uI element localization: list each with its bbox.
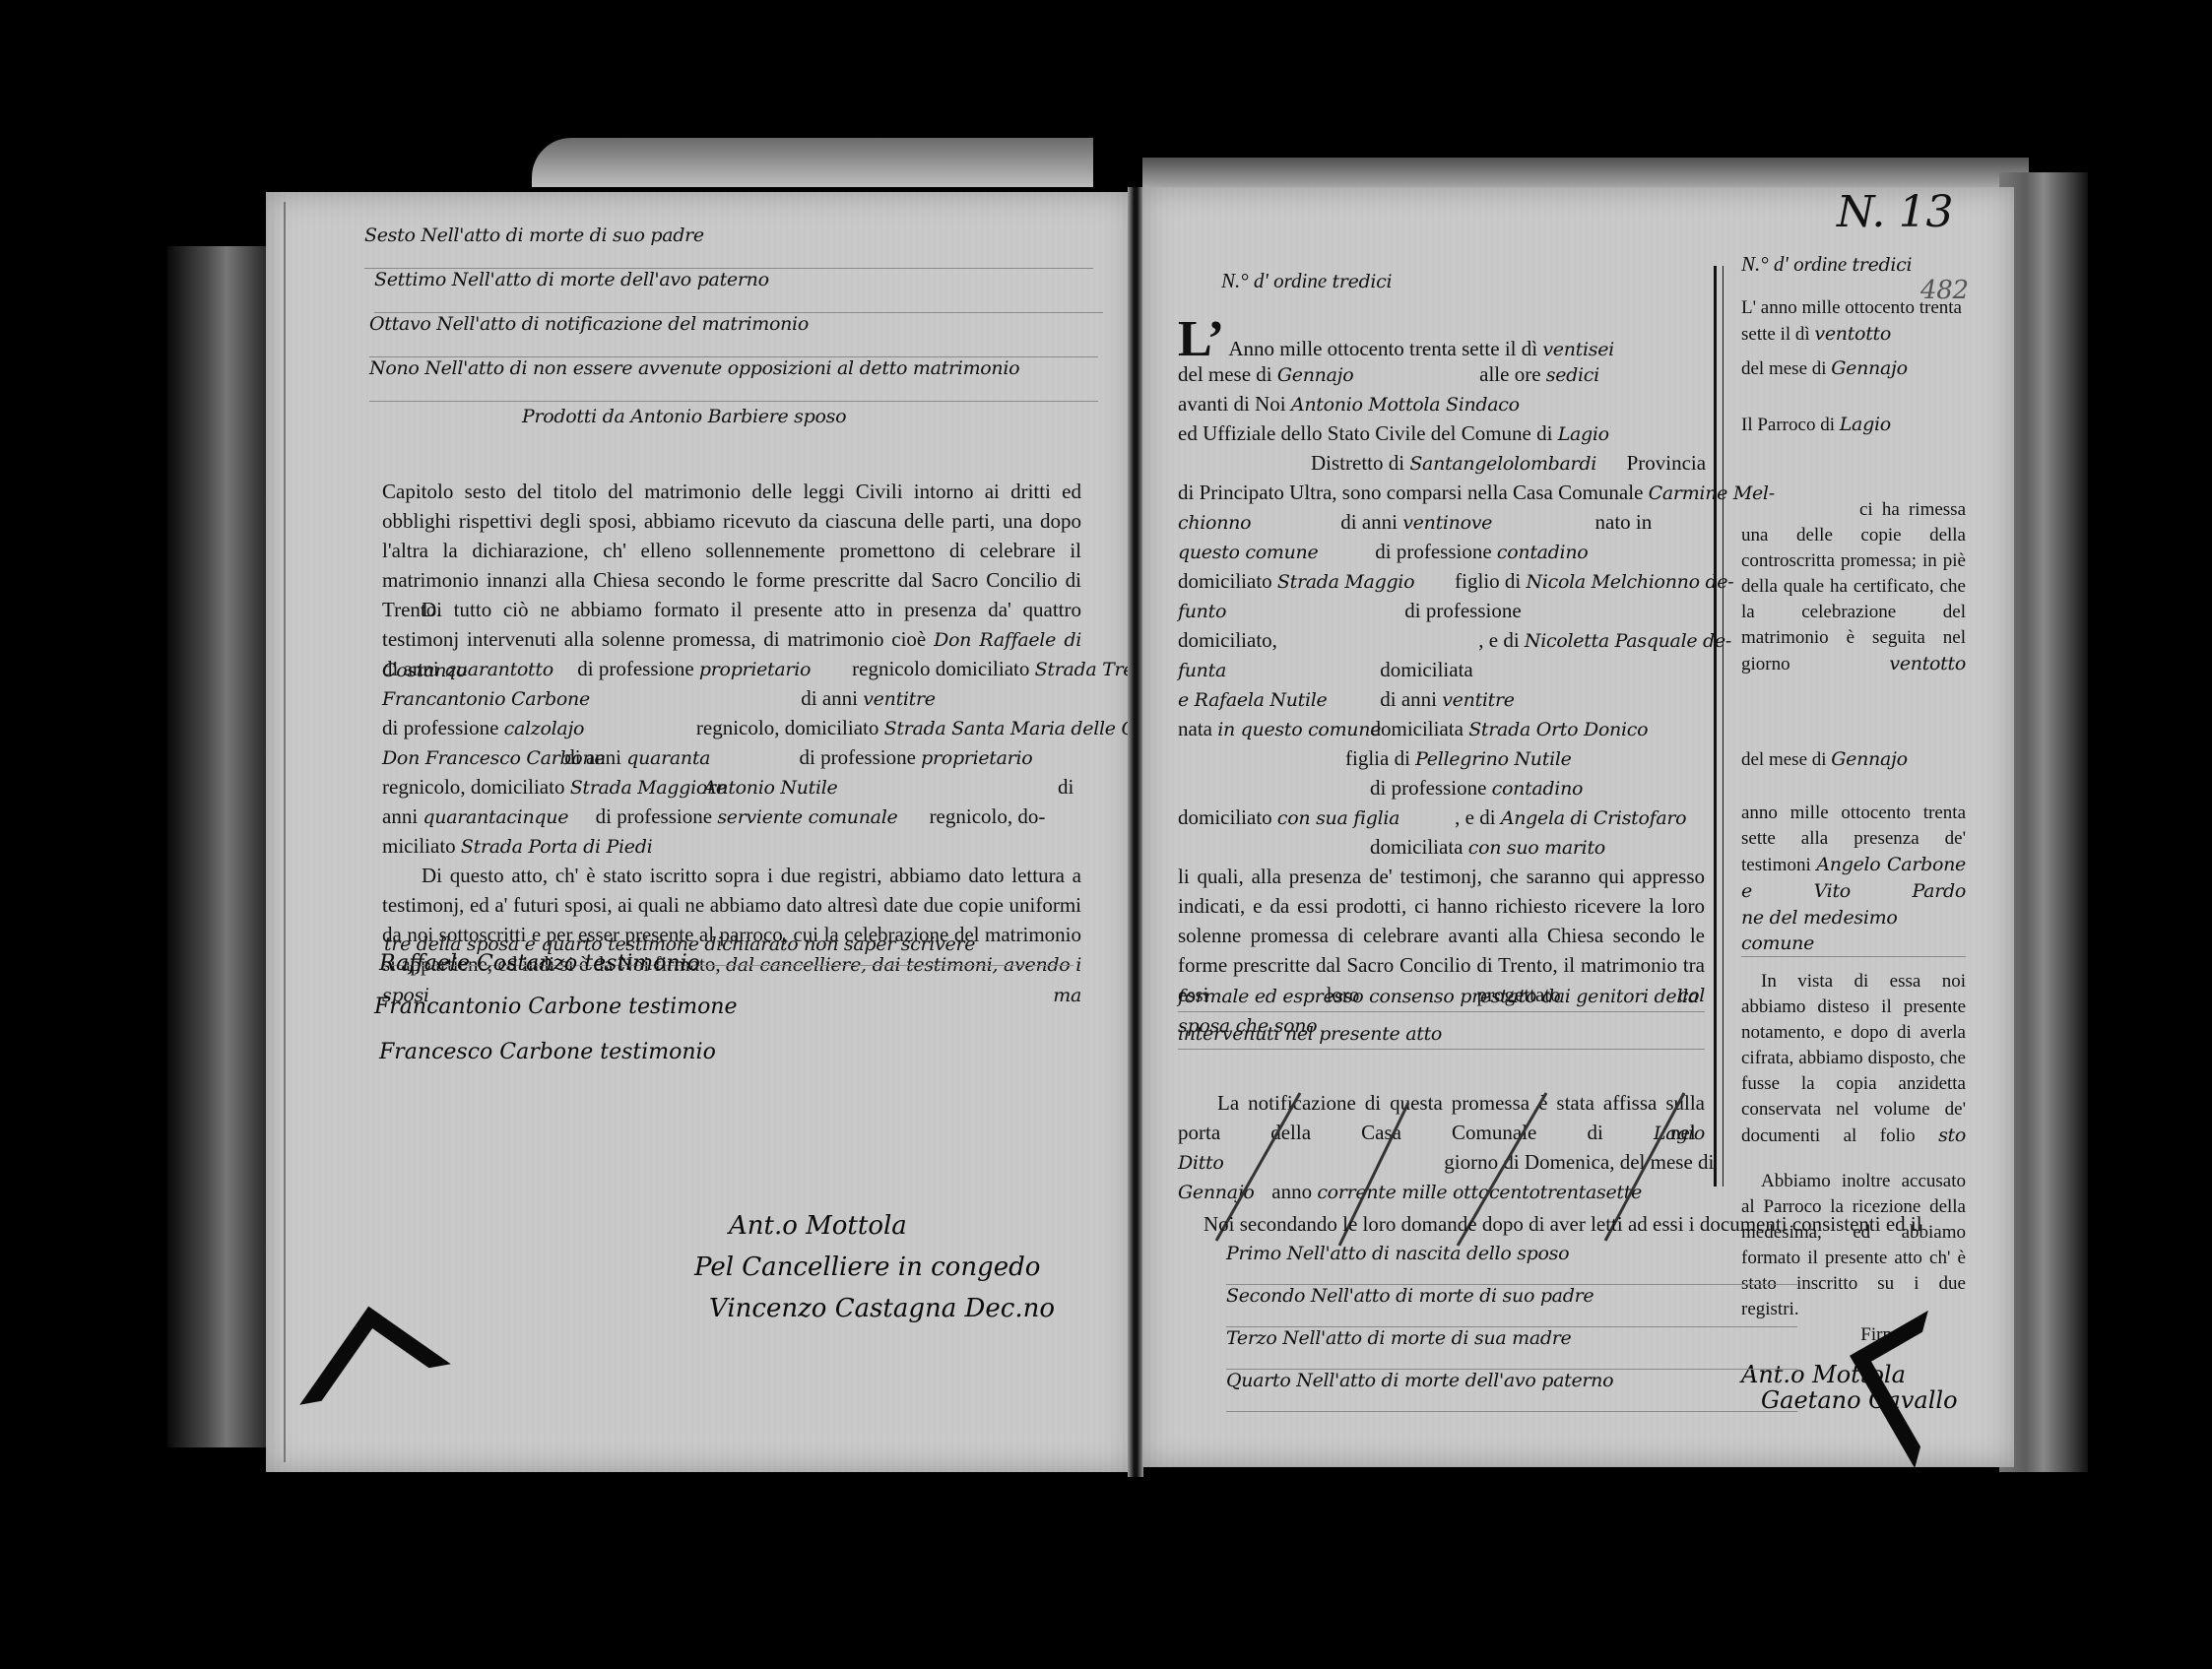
act-line-17: domiciliato con sua figlia , e di Angela… [1178,802,1686,833]
witness-1-profession: proprietario [699,655,847,684]
celebration-witnesses-cont: ne del medesimo comune [1741,905,1966,957]
act-line-10: funto di professione [1178,596,1522,626]
print-text: di Principato Ultra, sono comparsi nella… [1178,481,1643,504]
celebration-day: ventotto [1889,653,1966,674]
label: di anni [382,657,439,680]
label: di professione [596,804,712,828]
witness-signature: Francantonio Carbone testimone [374,995,738,1019]
print-text: domiciliata [1370,835,1463,859]
label: di professione [382,716,498,739]
column-parish: Il Parroco di Lagio [1741,412,1966,438]
column-divider [1714,266,1724,1187]
label: di anni [801,686,858,710]
act-line-5: Distretto di Santangelolombardi Provinci… [1311,448,1706,479]
month-value: Gennajo [1277,360,1474,390]
witness-4-residence: Strada Porta di Piedi [461,836,652,858]
act-line-14: nata in questo comune domiciliata Strada… [1178,714,1648,744]
act-line-4: ed Uffiziale dello Stato Civile del Comu… [1178,418,1609,449]
certificate-text: ci ha rimessa una delle copie della cont… [1741,499,1966,674]
order-number: N.° d' ordine tredici [1221,266,1392,296]
print-text: di professione [1370,776,1486,800]
month-value: Gennajo [1831,357,1907,379]
order-label: N.° d' ordine [1741,252,1847,276]
groom-residence: Strada Maggio [1277,567,1450,597]
chancellor-signature: Pel Cancelliere in congedo [694,1252,1040,1282]
witness-2-line-b: di professione calzolajo regnicolo, domi… [382,713,1182,743]
district-value: Santangelolombardi [1409,449,1621,479]
column-witnesses: anno mille ottocento trenta sette alla p… [1741,801,1966,905]
label: anni [382,804,418,828]
act-line-2: del mese di Gennajo alle ore sedici [1178,359,1599,390]
print-text: figlio di [1455,569,1521,593]
print-text: domiciliato [1178,805,1272,829]
bride-mother-residence: con suo marito [1468,837,1605,859]
print-text: del mese di [1741,358,1827,379]
print-text: di professione [1404,599,1521,622]
witness-3-line: Don Francesco Carbone di anni quaranta d… [382,742,1032,773]
print-text: Distretto di [1311,451,1404,475]
act-line-13: e Rafaela Nutile di anni ventitre [1178,684,1515,715]
day-value: ventisei [1542,339,1614,360]
witness-1-line: di anni quarantotto di professione propr… [382,654,1179,684]
act-line-16: di professione contadino [1370,773,1583,803]
print-text: domiciliata [1370,717,1463,740]
folio-number-mark: N. 13 [1837,187,1953,237]
print-text: domiciliata [1380,658,1472,681]
act-line-11: domiciliato, , e di Nicoletta Pasquale d… [1178,625,1731,656]
column-notation: In vista di essa noi abbiamo disteso il … [1741,969,1966,1149]
bride-residence: Strada Orto Donico [1468,719,1648,740]
column-month-2: del mese di Gennajo [1741,746,1966,773]
witness-3-age: quaranta [626,743,794,773]
document-item: Ottavo Nell'atto di notificazione del ma… [369,313,1098,357]
print-text: figlia di [1345,746,1410,770]
official-name: Antonio Mottola Sindaco [1291,394,1520,416]
consent-note: formale ed espresso consenso prestato da… [1178,982,1705,1012]
order-value: tredici [1332,271,1392,292]
column-certificate: ci ha rimessa una delle copie della cont… [1741,497,1966,677]
witness-4-line: anni quarantacinque di professione servi… [382,802,1045,832]
hour-value: sedici [1546,364,1599,386]
act-line-12: funta domiciliata [1178,655,1473,685]
print-text: del mese di [1178,362,1272,386]
print-text: avanti di Noi [1178,392,1286,416]
document-list-continued: Sesto Nell'atto di morte di suo padre Se… [364,225,1103,402]
act-line-15: figlia di Pellegrino Nutile [1345,743,1572,774]
groom-age: ventinove [1402,508,1590,538]
parish-column: N.° d' ordine tredici L' anno mille otto… [1741,251,1966,1413]
witness-section: Di tutto ciò ne abbiamo formato il prese… [382,595,1081,685]
print-text: , e di [1455,805,1495,829]
day-value: ventotto [1814,323,1891,345]
documents-intro: Noi secondando le loro domande dopo di a… [1204,1209,1922,1239]
label: regnicolo domiciliato [852,657,1029,680]
mother-status: funta [1178,656,1375,685]
label: di professione [800,745,916,769]
order-value: tredici [1852,254,1912,276]
book-top-edge-right [1142,158,2029,187]
column-month: del mese di Gennajo [1741,355,1966,382]
document-item: Sesto Nell'atto di morte di suo padre [364,225,1093,269]
print-text: Il Parroco di [1741,415,1835,435]
witness-4-line-b: miciliato Strada Porta di Piedi [382,831,652,862]
print-text: Anno mille ottocento trenta sette il dì [1228,337,1537,360]
witness-signature: Francesco Carbone testimonio [379,1040,716,1064]
book-gutter [1128,187,1143,1477]
witness-4-name: Antonio Nutile [703,777,838,799]
act-line-18: domiciliata con suo marito [1370,832,1605,863]
bride-name: e Rafaela Nutile [1178,685,1375,715]
witness-3-residence: Strada Maggiore [570,773,698,802]
witness-2-line: Francantonio Carbone di anni ventitre [382,683,936,714]
document-item: Nono Nell'atto di non essere avvenute op… [369,357,1098,402]
label: di professione [577,657,693,680]
print-text: Provincia [1627,451,1706,475]
act-line-1: L’ Anno mille ottocento trenta sette il … [1178,320,1614,364]
print-text: nata [1178,717,1212,740]
label: regnicolo, do- [930,804,1046,828]
left-page-margin-rule [284,202,286,1462]
parish-value: Lagio [1840,414,1891,435]
groom-name-cont: chionno [1178,508,1335,538]
order-label: N.° d' ordine [1221,269,1327,292]
bride-father: Pellegrino Nutile [1415,748,1571,770]
witness-4-profession: serviente comunale [717,802,924,832]
consent-note-cont: intervenuti nel presente atto [1178,1019,1705,1050]
father-status: funto [1178,597,1399,626]
witness-2-name: Francantonio Carbone [382,684,796,714]
book-top-edge-left [532,138,1093,187]
print-text: alle ore [1479,362,1540,386]
decurion-signature: Vincenzo Castagna Dec.no [709,1294,1055,1323]
bride-age: ventitre [1442,689,1515,711]
groom-mother: Nicoletta Pasquale de- [1525,630,1731,652]
witness-2-age: ventitre [863,688,936,710]
witness-3-name: Don Francesco Carbone [382,743,559,773]
label: regnicolo [382,775,460,799]
label: regnicolo [696,716,774,739]
print-text: di anni [1340,510,1398,534]
print-text: nato in [1595,510,1653,534]
print-text: di anni [1380,687,1437,711]
act-line-6: di Principato Ultra, sono comparsi nella… [1178,478,1775,508]
print-text: del mese di [1741,749,1827,770]
document-item: Secondo Nell'atto di morte di suo padre [1226,1285,1797,1327]
print-text: In vista di essa noi abbiamo disteso il … [1741,971,1966,1146]
label: di anni [564,745,621,769]
document-item: Settimo Nell'atto di morte dell'avo pate… [374,269,1103,313]
print-text: domiciliato [1178,569,1272,593]
groom-profession: contadino [1497,542,1589,563]
act-line-3: avanti di Noi Antonio Mottola Sindaco [1178,389,1520,419]
groom-father: Nicola Melchionno de- [1527,571,1734,593]
mayor-signature: Ant.o Mottola [729,1211,907,1241]
document-item: Primo Nell'atto di nascita dello sposo [1226,1243,1797,1285]
print-text: di professione [1375,540,1491,563]
column-date: L' anno mille ottocento trenta sette il … [1741,295,1966,348]
document-item: Terzo Nell'atto di morte di sua madre [1226,1327,1797,1370]
act-line-8: questo comune di professione contadino [1178,537,1588,567]
witness-4-age: quarantacinque [423,802,590,832]
groom-birthplace: questo comune [1178,538,1370,567]
book-edge-left [167,246,266,1447]
label: domiciliato [471,775,565,799]
document-item: Quarto Nell'atto di morte dell'avo pater… [1226,1370,1797,1412]
label: di [1058,772,1073,802]
print-text: domiciliato, [1178,625,1473,655]
witness-3-profession: proprietario [921,747,1032,769]
produced-by-line: Prodotti da Antonio Barbiere sposo [522,406,846,427]
label: domiciliato [785,716,879,739]
witness-1-age: quarantotto [444,655,572,684]
folio-value: sto [1938,1124,1966,1146]
witness-3-line-b: regnicolo, domiciliato Strada Maggiore A… [382,772,838,802]
print-text: , e di [1478,628,1519,652]
bride-father-residence: con sua figlia [1277,803,1450,833]
bride-birthplace: in questo comune [1217,715,1365,744]
bride-mother: Angela di Cristofaro [1501,807,1687,829]
column-order-number: N.° d' ordine tredici [1741,251,1966,278]
label: miciliato [382,834,456,858]
witness-2-profession: calzolajo [504,714,691,743]
month-value: Gennajo [1831,748,1907,770]
bride-father-profession: contadino [1492,778,1584,800]
documents-list: Primo Nell'atto di nascita dello sposo S… [1226,1243,1797,1412]
print-text: ed Uffiziale dello Stato Civile del Comu… [1178,421,1552,445]
act-line-7: chionno di anni ventinove nato in [1178,507,1652,538]
witness-signature: Raffaele Costanzo testimonio [379,951,700,976]
commune-value: Lagio [1558,423,1609,445]
act-line-9: domiciliato Strada Maggio figlio di Nico… [1178,566,1733,597]
